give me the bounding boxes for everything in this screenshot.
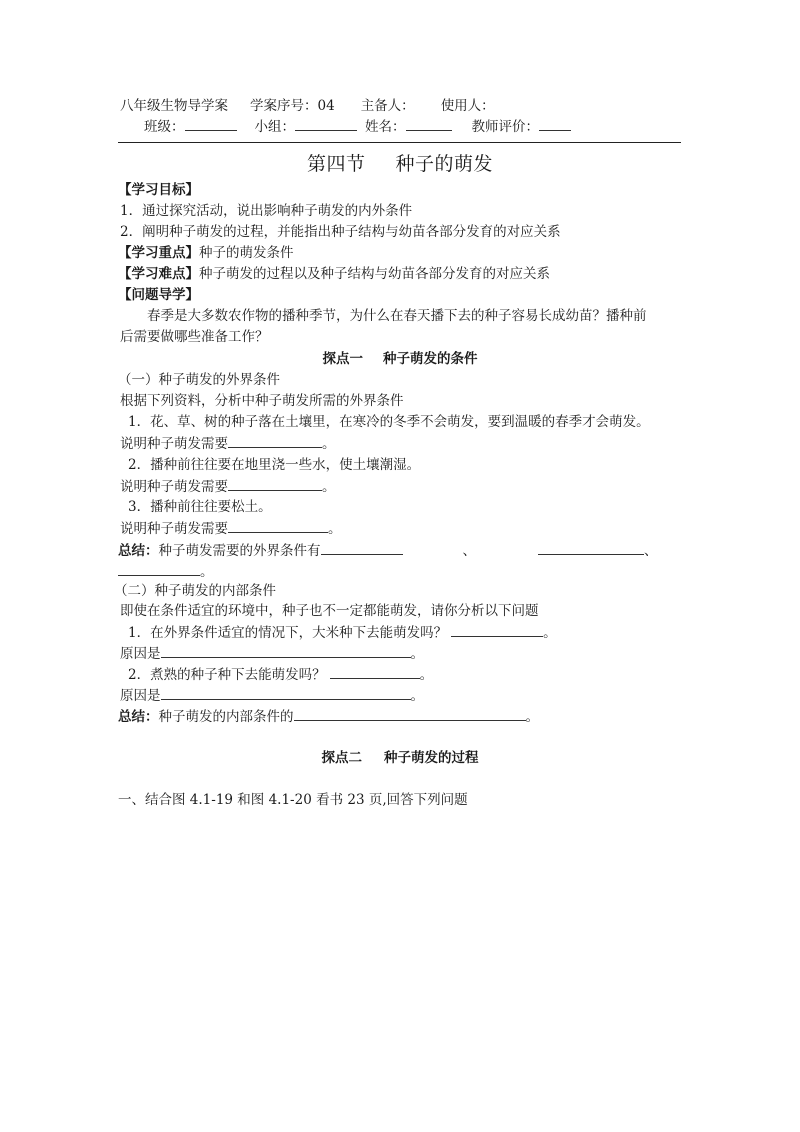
class-label: 班级： <box>144 119 185 135</box>
objective-item: 2．阐明种子萌发的过程，并能指出种子结构与幼苗各部分发育的对应关系 <box>120 222 561 242</box>
external-item-2: 2．播种前往往要在地里浇一些水，使土壤潮湿。 <box>128 455 420 475</box>
internal-reason-2-field[interactable] <box>161 685 411 700</box>
external-summary-field-1[interactable] <box>321 540 403 555</box>
internal-summary-label: 总结： <box>118 709 159 725</box>
group-field[interactable] <box>295 116 357 131</box>
external-item-1: 1．花、草、树的种子落在土壤里，在寒冷的冬季不会萌发，要到温暖的春季才会萌发。 <box>128 412 650 432</box>
internal-question-1-field[interactable] <box>451 622 543 637</box>
internal-reason-2: 原因是。 <box>120 685 424 705</box>
external-summary-cont: 。 <box>118 561 214 581</box>
teacher-eval-field[interactable] <box>539 116 571 131</box>
objectives-heading: 【学习目标】 <box>118 180 199 200</box>
class-field[interactable] <box>185 116 237 131</box>
explore-2-number: 探点二 <box>322 750 363 766</box>
explore-1-title: 种子萌发的条件 <box>383 351 478 367</box>
section-topic: 种子的萌发 <box>396 153 494 175</box>
external-summary-field-3[interactable] <box>118 561 200 576</box>
difficulty-text: 种子萌发的过程以及种子结构与幼苗各部分发育的对应关系 <box>199 266 550 282</box>
guide-text-line-2: 后需要做哪些准备工作？ <box>120 327 269 347</box>
external-item-3: 3．播种前往往要松土。 <box>128 497 272 517</box>
header-row-1: 八年级生物导学案学案序号：04主备人：使用人： <box>120 96 495 116</box>
external-summary-label: 总结： <box>118 543 159 559</box>
difficulty-heading: 【学习难点】 <box>118 266 199 282</box>
explore-2-title: 种子萌发的过程 <box>384 750 479 766</box>
user-label: 使用人： <box>441 98 495 114</box>
guide-heading: 【问题导学】 <box>118 285 199 305</box>
internal-intro: 即使在条件适宜的环境中，种子也不一定都能萌发，请你分析以下问题 <box>120 601 539 621</box>
group-label: 小组： <box>255 119 296 135</box>
header-row-2: 班级：小组：姓名：教师评价： <box>144 116 571 136</box>
preparer-label: 主备人： <box>361 98 415 114</box>
explore-1-number: 探点一 <box>323 351 364 367</box>
name-field[interactable] <box>406 116 452 131</box>
internal-question-2: 2．煮熟的种子种下去能萌发吗？。 <box>128 664 433 684</box>
explore-2-heading: 探点二种子萌发的过程 <box>0 748 800 768</box>
external-answer-2: 说明种子萌发需要。 <box>120 476 336 496</box>
external-intro: 根据下列资料，分析中种子萌发所需的外界条件 <box>120 391 404 411</box>
internal-summary: 总结：种子萌发的内部条件的。 <box>118 706 539 726</box>
external-answer-2-field[interactable] <box>228 476 322 491</box>
key-point-heading: 【学习重点】 <box>118 245 199 261</box>
external-conditions-heading: （一）种子萌发的外界条件 <box>118 370 280 390</box>
internal-reason-1-field[interactable] <box>161 643 411 658</box>
explore-1-heading: 探点一种子萌发的条件 <box>0 349 800 369</box>
objective-item: 1．通过探究活动，说出影响种子萌发的内外条件 <box>120 201 412 221</box>
doc-type: 八年级生物导学案 <box>120 98 228 114</box>
section-number: 第四节 <box>307 153 366 175</box>
name-label: 姓名： <box>365 119 406 135</box>
external-answer-1-field[interactable] <box>228 433 322 448</box>
key-point: 【学习重点】种子的萌发条件 <box>118 243 294 263</box>
internal-reason-1: 原因是。 <box>120 643 424 663</box>
teacher-eval-label: 教师评价： <box>472 119 540 135</box>
external-answer-3-field[interactable] <box>228 518 328 533</box>
external-summary: 总结：种子萌发需要的外界条件有、、 <box>118 540 658 560</box>
internal-summary-field[interactable] <box>294 706 526 721</box>
external-answer-1: 说明种子萌发需要。 <box>120 433 336 453</box>
internal-question-1: 1．在外界条件适宜的情况下，大米种下去能萌发吗？。 <box>128 622 557 642</box>
header-divider <box>118 142 681 143</box>
external-summary-field-2[interactable] <box>538 540 644 555</box>
internal-conditions-heading: （二）种子萌发的内部条件 <box>114 581 276 601</box>
guide-text-line-1: 春季是大多数农作物的播种季节，为什么在春天播下去的种子容易长成幼苗？播种前 <box>147 306 647 326</box>
explore-2-instruction: 一、结合图 4.1-19 和图 4.1-20 看书 23 页,回答下列问题 <box>118 790 468 810</box>
internal-question-2-field[interactable] <box>330 664 420 679</box>
page-title: 第四节种子的萌发 <box>0 151 800 177</box>
key-point-text: 种子的萌发条件 <box>199 245 294 261</box>
serial-number: 学案序号：04 <box>250 98 335 114</box>
external-answer-3: 说明种子萌发需要。 <box>120 518 342 538</box>
difficulty: 【学习难点】种子萌发的过程以及种子结构与幼苗各部分发育的对应关系 <box>118 264 550 284</box>
